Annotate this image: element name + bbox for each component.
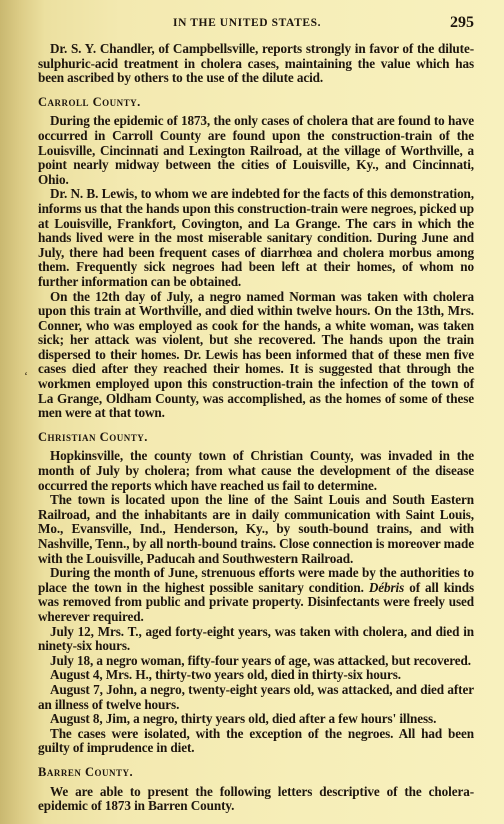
- heading-barren-county: Barren County.: [38, 765, 474, 780]
- paragraph-carroll-1: During the epidemic of 1873, the only ca…: [38, 114, 474, 187]
- debris-italic: Débris: [369, 580, 404, 595]
- paragraph-barren-1: We are able to present the following let…: [38, 785, 474, 814]
- heading-carroll-county: Carroll County.: [38, 95, 474, 110]
- page-header: IN THE UNITED STATES. 295: [38, 14, 474, 34]
- paragraph-carroll-3: On the 12th day of July, a negro named N…: [38, 290, 474, 421]
- paragraph-christian-1: Hopkinsville, the county town of Christi…: [38, 449, 474, 493]
- book-page: IN THE UNITED STATES. 295 ‘ Dr. S. Y. Ch…: [0, 0, 504, 824]
- case-entry: August 4, Mrs. H., thirty-two years old,…: [38, 668, 474, 683]
- case-entry: August 7, John, a negro, twenty-eight ye…: [38, 683, 474, 712]
- page-body: Dr. S. Y. Chandler, of Campbellsville, r…: [38, 42, 474, 814]
- case-entry: July 12, Mrs. T., aged forty-eight years…: [38, 625, 474, 654]
- running-head: IN THE UNITED STATES.: [173, 17, 321, 29]
- paragraph-christian-summary: The cases were isolated, with the except…: [38, 727, 474, 756]
- paragraph-chandler: Dr. S. Y. Chandler, of Campbellsville, r…: [38, 42, 474, 86]
- paragraph-carroll-2: Dr. N. B. Lewis, to whom we are indebted…: [38, 187, 474, 289]
- case-entry: July 18, a negro woman, fifty-four years…: [38, 654, 474, 669]
- paragraph-christian-2: The town is located upon the line of the…: [38, 493, 474, 566]
- page-number: 295: [450, 14, 474, 32]
- margin-mark: ‘: [24, 369, 28, 384]
- heading-christian-county: Christian County.: [38, 430, 474, 445]
- case-entry: August 8, Jim, a negro, thirty years old…: [38, 712, 474, 727]
- paragraph-christian-june: During the month of June, strenuous effo…: [38, 566, 474, 624]
